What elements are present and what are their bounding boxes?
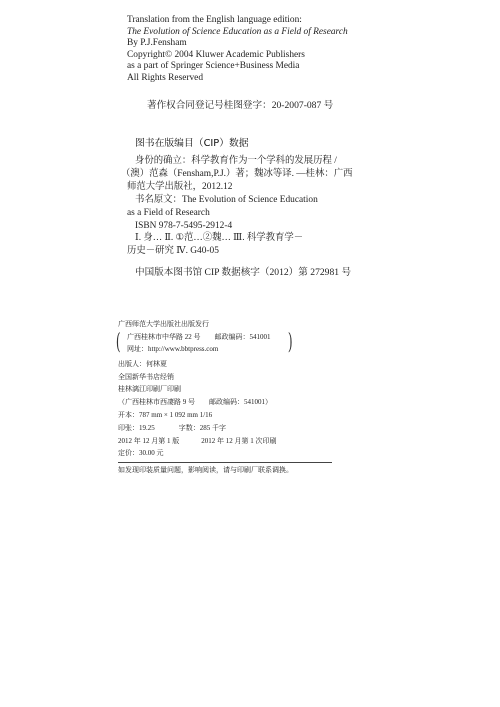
copyright-registration: 著作权合同登记号桂图登字：20-2007-087 号 <box>147 97 333 111</box>
cip-publisher-line: 师范大学出版社，2012.12 <box>127 181 367 194</box>
issuer: 广西师范大学出版社出版发行 <box>118 318 332 331</box>
format: 开本：787 mm × 1 092 mm 1/16 <box>118 409 332 422</box>
original-title: The Evolution of Science Education as a … <box>127 27 348 39</box>
springer-line: as a part of Springer Science+Business M… <box>127 61 348 73</box>
edition-line: 2012 年 12 月第 1 版2012 年 12 月第 1 次印刷 <box>118 435 332 448</box>
cip-original-title-line: 书名原文：The Evolution of Science Education <box>127 194 367 207</box>
publisher-website: 网址：http://www.bbtpress.com <box>127 343 332 356</box>
quality-notice: 如发现印装质量问题，影响阅读，请与印刷厂联系调换。 <box>118 462 332 477</box>
publisher-address: 广西桂林市中华路 22 号 <box>127 333 201 341</box>
cip-record: 身份的确立：科学教育作为一个学科的发展历程 / （澳）范森（Fensham,P.… <box>127 155 367 233</box>
cip-original-title-cont: as a Field of Research <box>127 207 367 220</box>
publisher-person: 出版人：何林夏 <box>118 358 332 371</box>
right-brace: ) <box>288 329 293 357</box>
cip-classification-line-1: Ⅰ. 身… Ⅱ. ①范…②魏… Ⅲ. 科学教育学－ <box>127 232 303 245</box>
rights-line: All Rights Reserved <box>127 73 348 85</box>
distributor: 全国新华书店经销 <box>118 371 332 384</box>
publisher-address-group: ( 广西桂林市中华路 22 号邮政编码：541001 网址：http://www… <box>118 331 332 358</box>
sheets-words-line: 印张：19.25字数：285 千字 <box>118 422 332 435</box>
translation-source-line: Translation from the English language ed… <box>127 15 348 27</box>
translation-notice: Translation from the English language ed… <box>127 15 348 85</box>
cip-check-number: 中国版本图书馆 CIP 数据核字（2012）第 272981 号 <box>135 264 351 278</box>
cip-classification-line-2: 历史－研究 Ⅳ. G40-05 <box>127 245 303 258</box>
cip-classification: Ⅰ. 身… Ⅱ. ①范…②魏… Ⅲ. 科学教育学－ 历史－研究 Ⅳ. G40-0… <box>127 232 303 258</box>
price: 定价：30.00 元 <box>118 447 332 460</box>
word-count: 字数：285 千字 <box>179 424 226 432</box>
left-brace: ( <box>116 329 121 357</box>
printer: 桂林漓江印刷厂印刷 <box>118 383 332 396</box>
cip-author-line: （澳）范森（Fensham,P.J.）著；魏冰等译. —桂林：广西 <box>121 168 367 181</box>
printer-postcode: 邮政编码：541001） <box>209 398 272 406</box>
publisher-imprint: 广西师范大学出版社出版发行 ( 广西桂林市中华路 22 号邮政编码：541001… <box>118 318 332 477</box>
original-author: By P.J.Fensham <box>127 38 348 50</box>
copyright-line: Copyright© 2004 Kluwer Academic Publishe… <box>127 50 348 62</box>
sheets: 印张：19.25 <box>118 424 155 432</box>
printer-address-line: （广西桂林市西凄路 9 号邮政编码：541001） <box>118 396 332 409</box>
edition: 2012 年 12 月第 1 版 <box>118 437 179 445</box>
publisher-postcode: 邮政编码：541001 <box>215 333 271 341</box>
cip-heading: 图书在版编目（CIP）数据 <box>135 135 249 149</box>
printing: 2012 年 12 月第 1 次印刷 <box>201 437 276 445</box>
printer-address: （广西桂林市西凄路 9 号 <box>118 398 195 406</box>
cip-title-line: 身份的确立：科学教育作为一个学科的发展历程 / <box>127 155 367 168</box>
publisher-address-line: 广西桂林市中华路 22 号邮政编码：541001 <box>127 331 332 344</box>
